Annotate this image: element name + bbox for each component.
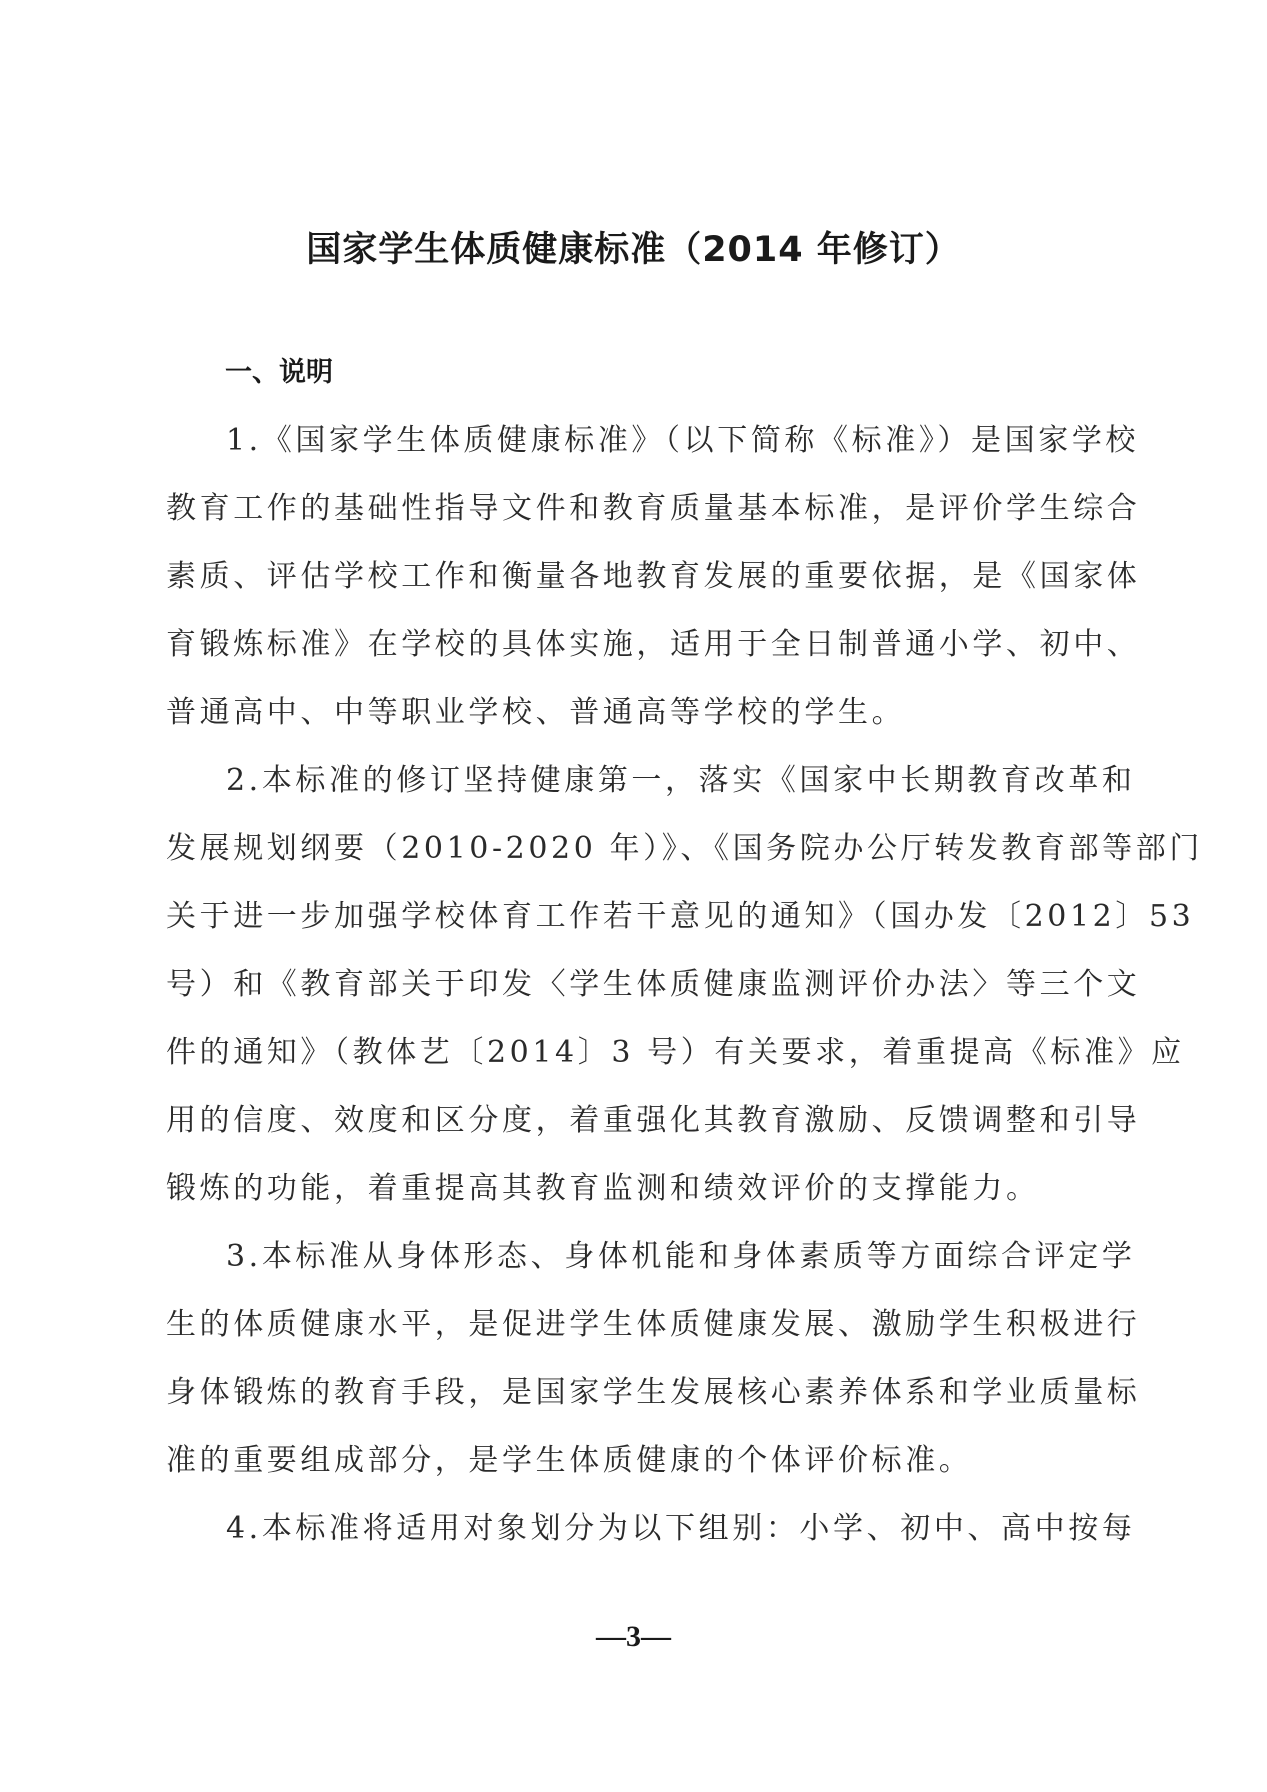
document-page: 国家学生体质健康标准（2014 年修订） 一、说明 1.《国家学生体质健康标准》… [0,0,1267,1792]
paragraph-1-line-2: 教育工作的基础性指导文件和教育质量基本标准，是评价学生综合 [166,483,1096,527]
paragraph-1-line-4: 育锻炼标准》在学校的具体实施，适用于全日制普通小学、初中、 [166,619,1096,663]
paragraph-3-line-3: 身体锻炼的教育手段，是国家学生发展核心素养体系和学业质量标 [166,1367,1096,1411]
paragraph-2-line-6: 用的信度、效度和区分度，着重强化其教育激励、反馈调整和引导 [166,1095,1096,1139]
paragraph-1-line-5: 普通高中、中等职业学校、普通高等学校的学生。 [166,687,1096,731]
paragraph-2-line-3: 关于进一步加强学校体育工作若干意见的通知》（国办发〔2012〕53 [166,891,1096,935]
paragraph-2-line-5: 件的通知》（教体艺〔2014〕3 号）有关要求，着重提高《标准》应 [166,1027,1096,1071]
paragraph-3-line-2: 生的体质健康水平，是促进学生体质健康发展、激励学生积极进行 [166,1299,1096,1343]
paragraph-2-line-7: 锻炼的功能，着重提高其教育监测和绩效评价的支撑能力。 [166,1163,1096,1207]
section-heading: 一、说明 [225,350,333,389]
paragraph-1-line-1: 1.《国家学生体质健康标准》（以下简称《标准》）是国家学校 [226,415,1156,459]
page-number: —3— [0,1620,1267,1654]
paragraph-2-line-1: 2.本标准的修订坚持健康第一，落实《国家中长期教育改革和 [226,755,1156,799]
paragraph-2-line-2: 发展规划纲要（2010-2020 年）》、《国务院办公厅转发教育部等部门 [166,823,1096,867]
paragraph-4-line-1: 4.本标准将适用对象划分为以下组别：小学、初中、高中按每 [226,1503,1156,1547]
paragraph-1-line-3: 素质、评估学校工作和衡量各地教育发展的重要依据，是《国家体 [166,551,1096,595]
paragraph-3-line-1: 3.本标准从身体形态、身体机能和身体素质等方面综合评定学 [226,1231,1156,1275]
paragraph-2-line-4: 号）和《教育部关于印发〈学生体质健康监测评价办法〉等三个文 [166,959,1096,1003]
paragraph-3-line-4: 准的重要组成部分，是学生体质健康的个体评价标准。 [166,1435,1096,1479]
document-title: 国家学生体质健康标准（2014 年修订） [0,222,1267,272]
